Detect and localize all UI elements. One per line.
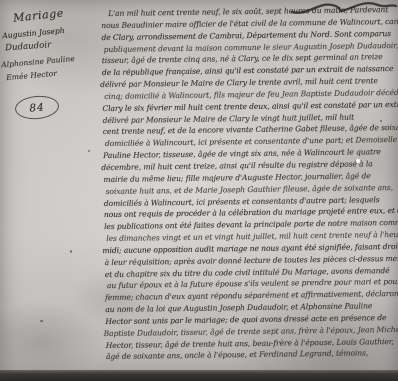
document-scan: Mariage Augustin JosephDudaudoirAlphonsi… — [0, 0, 398, 381]
ink-speck — [70, 250, 72, 253]
paper-flaw-speck — [356, 159, 360, 163]
act-body-text: L'an mil huit cent trente neuf, le six a… — [101, 4, 398, 363]
margin-name-line: Dudaudoir — [5, 37, 100, 54]
ink-speck — [380, 120, 382, 122]
ink-speck — [40, 320, 43, 322]
act-number-circle: 84 — [14, 94, 60, 121]
ink-speck — [88, 150, 90, 152]
margin-names: Augustin JosephDudaudoirAlphonsine Pauli… — [0, 25, 100, 78]
margin-annotations: Mariage Augustin JosephDudaudoirAlphonsi… — [0, 0, 100, 200]
margin-title: Mariage — [12, 6, 64, 24]
act-number: 84 — [29, 101, 45, 114]
scan-edge — [0, 370, 398, 381]
